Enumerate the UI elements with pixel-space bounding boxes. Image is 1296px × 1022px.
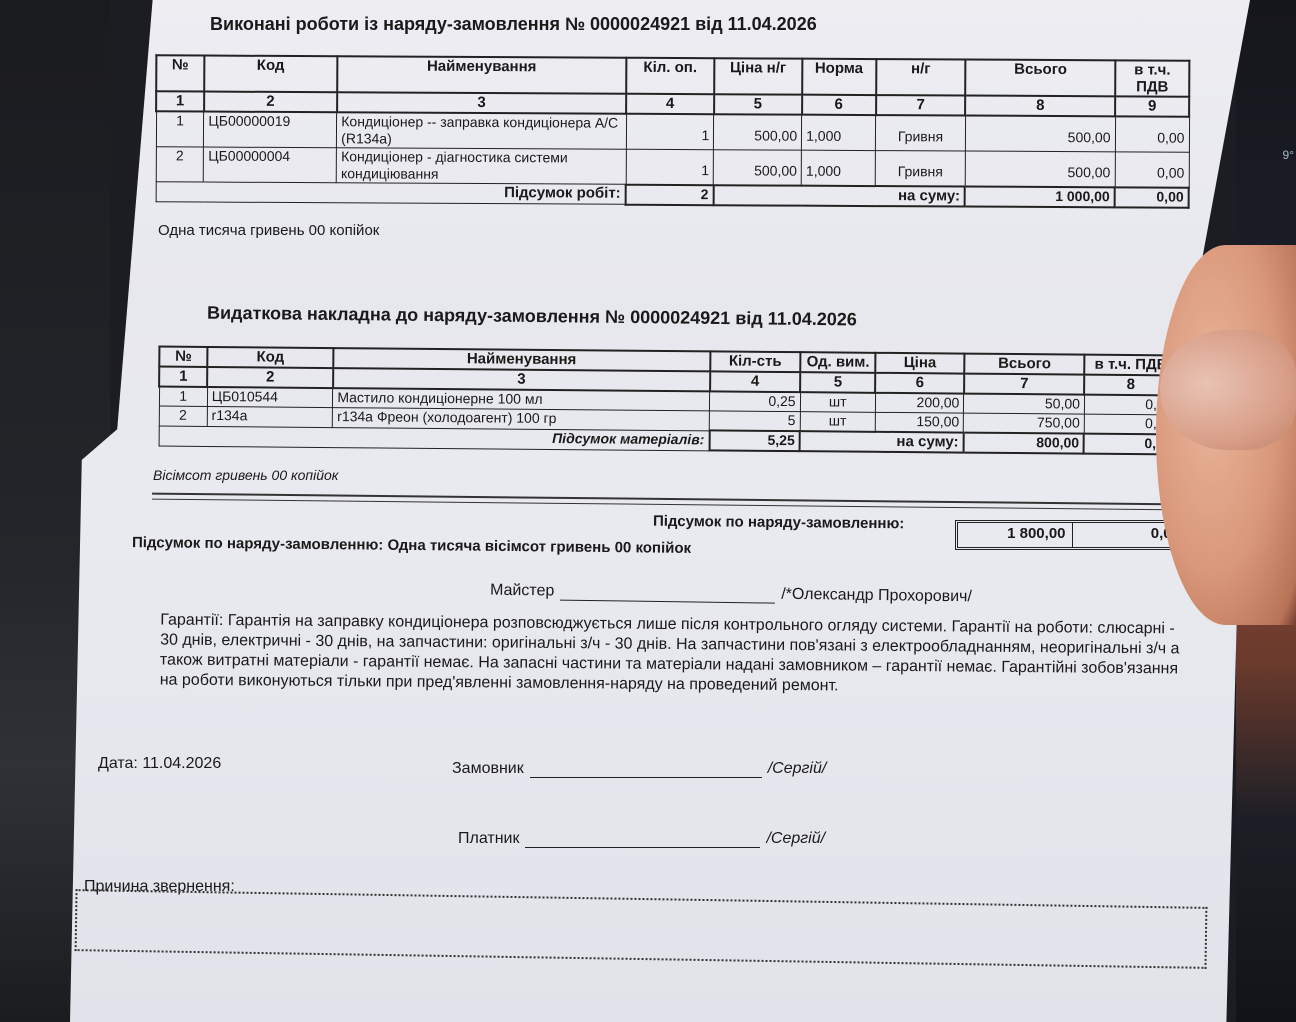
payer-signature-line <box>525 833 760 848</box>
works-title: Виконані роботи із наряду-замовлення № 0… <box>210 14 817 35</box>
works-header-cell: Код <box>204 56 337 93</box>
payer-name: /Сергій/ <box>766 830 825 848</box>
materials-summary-label: Підсумок матеріалів: <box>159 426 710 451</box>
materials-cell-unit: шт <box>800 412 876 432</box>
works-column-number: 4 <box>626 94 714 114</box>
materials-column-number: 1 <box>159 367 207 387</box>
works-header-cell: № <box>156 55 204 91</box>
materials-column-number: 2 <box>207 367 333 388</box>
materials-table: №КодНайменуванняКіл-стьОд. вим.ЦінаВсьог… <box>158 346 1179 456</box>
materials-amount-in-words: Вісімсот гривень 00 копійок <box>153 467 338 483</box>
customer-label: Замовник <box>452 760 524 778</box>
materials-cell-code: r134a <box>207 406 333 427</box>
works-column-number: 7 <box>876 95 966 115</box>
materials-cell-total: 750,00 <box>964 413 1085 434</box>
works-cell-no: 1 <box>156 111 204 147</box>
customer-signature: Замовник /Сергій/ <box>452 760 826 778</box>
reason-field[interactable] <box>75 889 1208 969</box>
works-sum-vat: 0,00 <box>1115 187 1189 207</box>
materials-header-cell: Ціна <box>876 353 965 374</box>
materials-cell-total: 50,00 <box>964 394 1085 415</box>
works-cell-norm: 1,000 <box>802 115 876 151</box>
works-cell-vat: 0,00 <box>1115 116 1189 152</box>
materials-cell-price: 150,00 <box>875 412 964 432</box>
works-column-number: 6 <box>802 95 876 115</box>
works-header-cell: Кіл. оп. <box>626 58 714 94</box>
works-header-cell: Найменування <box>337 56 626 94</box>
materials-cell-no: 1 <box>159 387 207 407</box>
materials-cell-no: 2 <box>159 406 207 426</box>
materials-header-cell: № <box>159 347 207 367</box>
customer-signature-line <box>530 763 762 778</box>
works-header-cell: Ціна н/г <box>714 58 802 94</box>
customer-name: /Сергій/ <box>768 760 827 778</box>
works-sum-total: 1 000,00 <box>965 186 1115 207</box>
document-date: Дата: 11.04.2026 <box>98 755 221 773</box>
works-table: №КодНайменуванняКіл. оп.Ціна н/гНорман/г… <box>155 54 1191 208</box>
works-header-cell: н/г <box>876 59 966 95</box>
order-total-amount: 1 800,00 <box>958 523 1073 547</box>
works-summary-qty: 2 <box>626 184 714 204</box>
works-column-number: 1 <box>156 91 204 111</box>
works-header-cell: Норма <box>802 59 876 95</box>
works-header-cell: Всього <box>966 60 1116 97</box>
materials-summary-qty: 5,25 <box>709 430 800 451</box>
works-cell-total: 500,00 <box>965 116 1115 152</box>
works-column-number: 5 <box>714 94 802 114</box>
materials-sum-total: 800,00 <box>963 433 1084 454</box>
works-cell-unit: Гривня <box>875 151 965 186</box>
materials-column-number: 5 <box>800 372 876 393</box>
materials-cell-code: ЦБ010544 <box>207 387 333 408</box>
works-amount-in-words: Одна тисяча гривень 00 копійок <box>158 222 379 239</box>
order-total-in-words: Підсумок по наряду-замовленню: Одна тися… <box>132 534 691 557</box>
works-header-cell: в т.ч. ПДВ <box>1115 60 1189 96</box>
materials-header-cell: Всього <box>964 354 1085 375</box>
master-label: Майстер <box>490 582 555 601</box>
materials-cell-qty: 0,25 <box>710 391 801 411</box>
section-divider <box>152 493 1182 511</box>
works-cell-price: 500,00 <box>714 114 802 150</box>
works-column-number: 2 <box>204 92 337 113</box>
works-cell-norm: 1,000 <box>801 150 875 185</box>
works-summary-row: Підсумок робіт: 2 на суму: 1 000,00 0,00 <box>156 182 1189 207</box>
materials-column-number: 6 <box>876 373 965 394</box>
materials-column-number: 4 <box>710 371 801 392</box>
works-cell-name: Кондиціонер - діагностика системи кондиц… <box>336 148 625 185</box>
materials-column-number: 7 <box>964 374 1085 395</box>
works-column-number: 8 <box>966 96 1116 117</box>
works-table-row: 2ЦБ00000004Кондиціонер - діагностика сис… <box>156 147 1189 187</box>
materials-cell-price: 200,00 <box>875 393 964 413</box>
master-name: /*Олександр Прохорович/ <box>781 586 972 607</box>
materials-cell-qty: 5 <box>709 411 800 431</box>
materials-cell-unit: шт <box>800 392 876 412</box>
works-column-number: 9 <box>1115 96 1189 116</box>
warranty-text: Гарантії: Гарантія на заправку кондиціон… <box>160 611 1191 700</box>
order-total-box: 1 800,00 0,00 <box>955 520 1189 550</box>
works-cell-qty: 1 <box>626 149 714 184</box>
work-order-document: Виконані роботи із наряду-замовлення № 0… <box>0 0 1296 1022</box>
works-cell-price: 500,00 <box>714 150 802 185</box>
works-cell-no: 2 <box>156 147 204 182</box>
works-cell-unit: Гривня <box>875 115 965 151</box>
master-signature: Майстер /*Олександр Прохорович/ <box>490 582 972 607</box>
payer-label: Платник <box>458 830 519 848</box>
order-total-label: Підсумок по наряду-замовленню: <box>653 513 905 533</box>
works-cell-code: ЦБ00000004 <box>204 147 337 183</box>
materials-title: Видаткова накладна до наряду-замовлення … <box>207 303 857 331</box>
master-signature-line <box>560 586 775 604</box>
works-column-number: 3 <box>337 92 626 114</box>
materials-header-cell: Кіл-сть <box>710 351 801 372</box>
works-sum-label: на суму: <box>713 185 965 206</box>
thumb <box>1160 330 1296 450</box>
works-cell-qty: 1 <box>626 114 714 150</box>
payer-signature: Платник /Сергій/ <box>458 830 825 848</box>
works-table-row: 1ЦБ00000019Кондиціонер -- заправка конди… <box>156 111 1189 152</box>
works-cell-name: Кондиціонер -- заправка кондиціонера A/C… <box>337 112 626 149</box>
works-summary-label: Підсумок робіт: <box>156 182 626 204</box>
works-cell-code: ЦБ00000019 <box>204 112 337 148</box>
materials-sum-label: на суму: <box>800 431 964 452</box>
works-cell-vat: 0,00 <box>1115 152 1189 187</box>
materials-header-cell: Од. вим. <box>800 352 876 373</box>
works-cell-total: 500,00 <box>965 151 1115 187</box>
works-header-row: №КодНайменуванняКіл. оп.Ціна н/гНорман/г… <box>156 55 1189 96</box>
materials-header-cell: Код <box>208 347 334 368</box>
